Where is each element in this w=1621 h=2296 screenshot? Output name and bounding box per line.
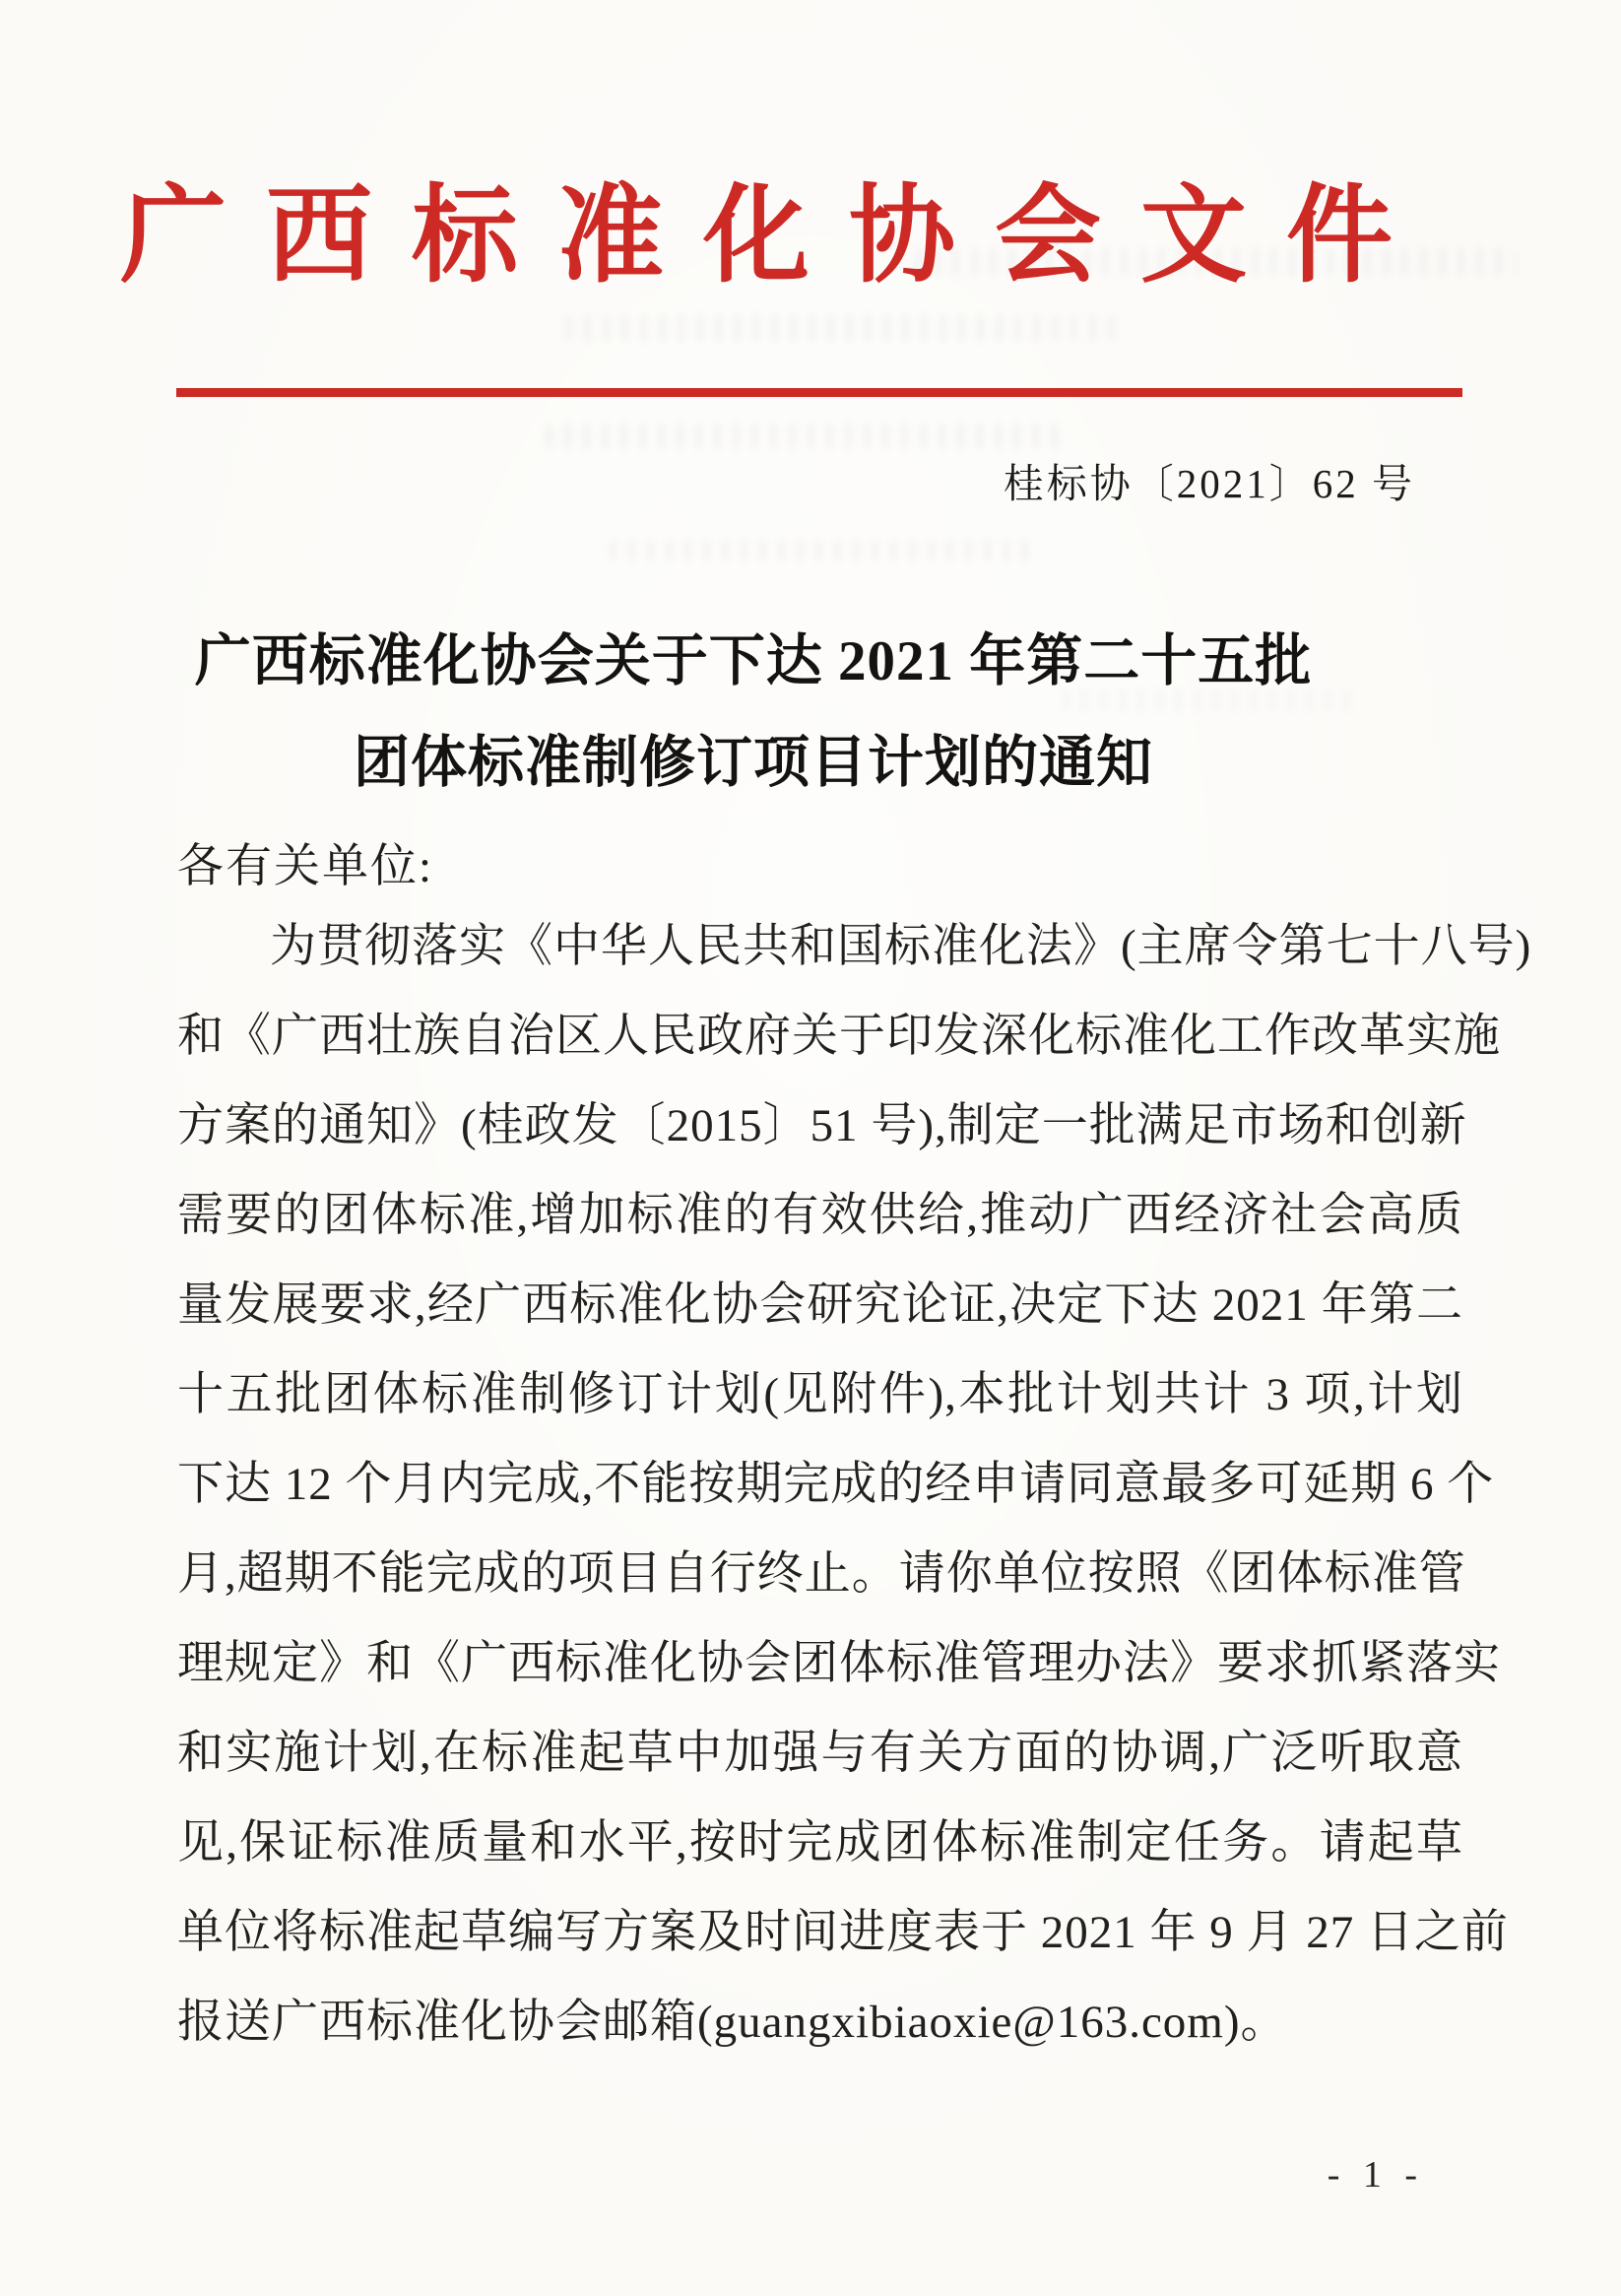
body-line: 报送广西标准化协会邮箱(guangxibiaoxie@163.com)。 (177, 1978, 1463, 2067)
letterhead-divider-line (176, 388, 1462, 397)
body-line: 理规定》和《广西标准化协会团体标准管理办法》要求抓紧落实 (177, 1619, 1463, 1709)
salutation: 各有关单位: (177, 829, 433, 895)
body-line: 量发展要求,经广西标准化协会研究论证,决定下达 2021 年第二 (177, 1261, 1463, 1350)
document-title-line2: 团体标准制修订项目计划的通知 (0, 712, 1564, 814)
body-line: 见,保证标准质量和水平,按时完成团体标准制定任务。请起草 (177, 1799, 1463, 1888)
document-title: 广西标准化协会关于下达 2021 年第二十五批 团体标准制修订项目计划的通知 (0, 611, 1564, 814)
scan-bleedthrough-artifact (611, 540, 1034, 561)
document-title-line1: 广西标准化协会关于下达 2021 年第二十五批 (0, 611, 1564, 712)
scan-bleedthrough-artifact (566, 315, 1118, 341)
document-page: 广西标准化协会文件 桂标协〔2021〕62 号 广西标准化协会关于下达 2021… (0, 0, 1621, 2296)
body-line: 十五批团体标准制修订计划(见附件),本批计划共计 3 项,计划 (177, 1350, 1463, 1440)
body-line: 需要的团体标准,增加标准的有效供给,推动广西经济社会高质 (177, 1171, 1463, 1261)
body-line: 为贯彻落实《中华人民共和国标准化法》(主席令第七十八号) (177, 902, 1463, 992)
body-line: 和《广西壮族自治区人民政府关于印发深化标准化工作改革实施 (177, 992, 1463, 1082)
body-line: 和实施计划,在标准起草中加强与有关方面的协调,广泛听取意 (177, 1709, 1463, 1799)
page-number: - 1 - (1328, 2153, 1424, 2197)
body-line: 方案的通知》(桂政发〔2015〕51 号),制定一批满足市场和创新 (177, 1082, 1463, 1171)
body-paragraph: 为贯彻落实《中华人民共和国标准化法》(主席令第七十八号) 和《广西壮族自治区人民… (177, 902, 1463, 2067)
document-number: 桂标协〔2021〕62 号 (0, 451, 1415, 509)
body-line: 下达 12 个月内完成,不能按期完成的经申请同意最多可延期 6 个 (177, 1440, 1463, 1530)
scan-bleedthrough-artifact (547, 424, 1059, 449)
body-line: 单位将标准起草编写方案及时间进度表于 2021 年 9 月 27 日之前 (177, 1888, 1463, 1978)
body-line: 月,超期不能完成的项目自行终止。请你单位按照《团体标准管 (177, 1530, 1463, 1619)
letterhead-title: 广西标准化协会文件 (0, 150, 1587, 302)
